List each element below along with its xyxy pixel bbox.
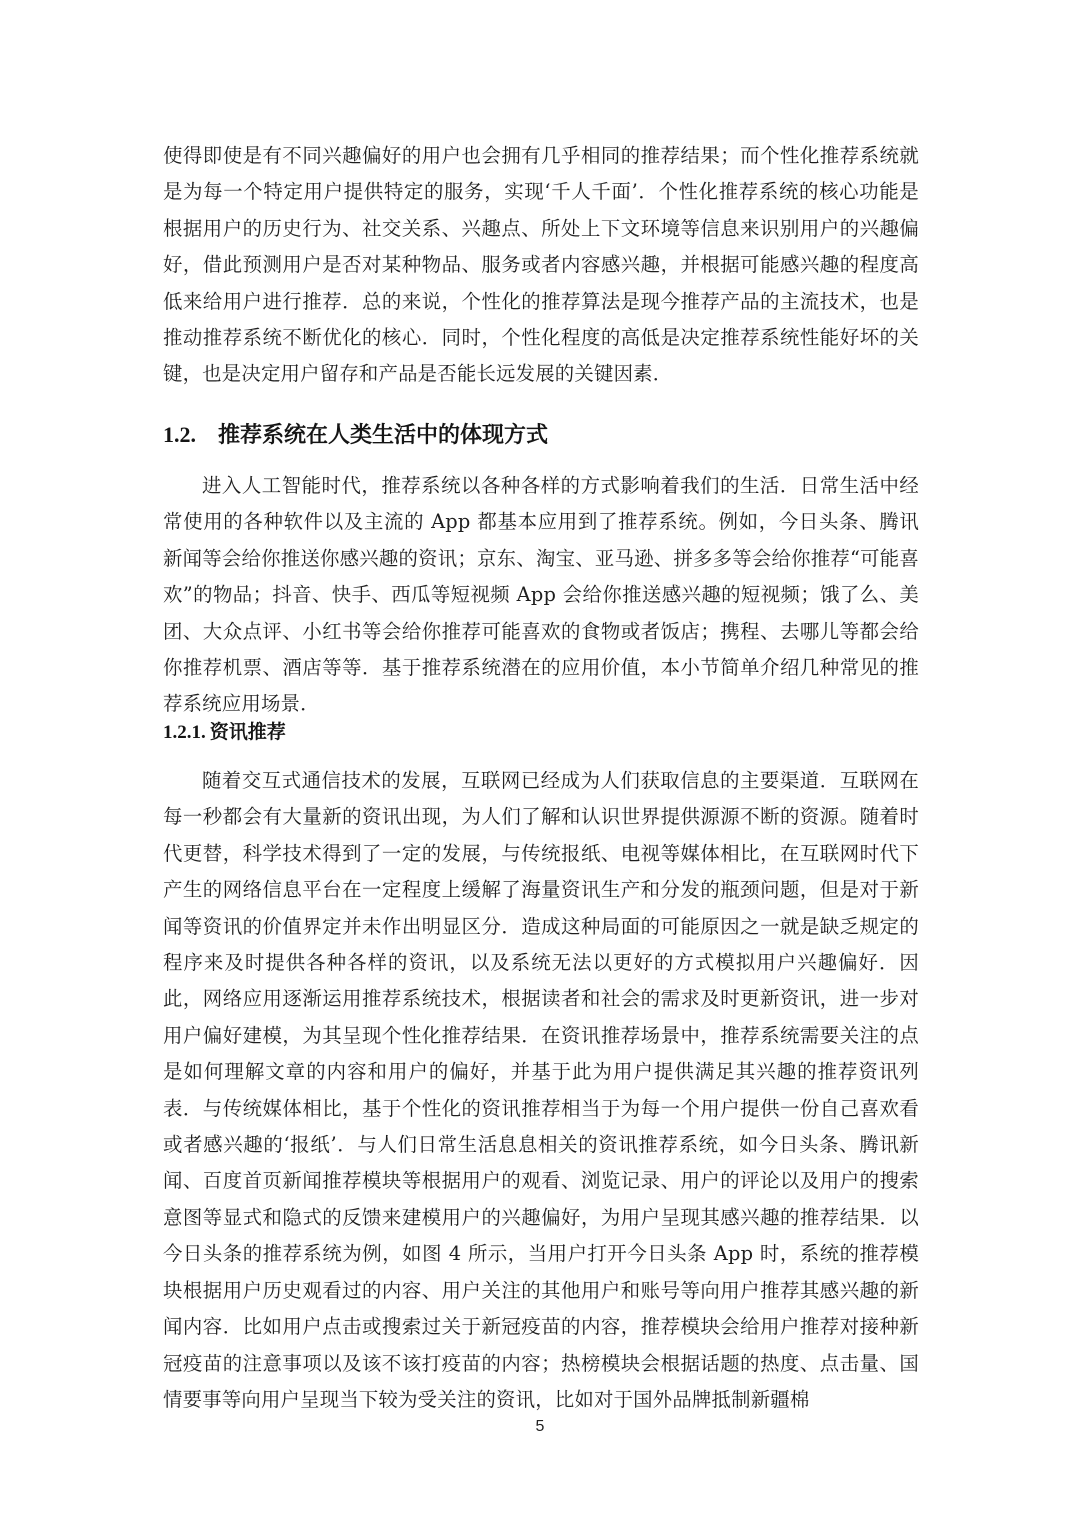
document-page: 使得即使是有不同兴趣偏好的用户也会拥有几乎相同的推荐结果；而个性化推荐系统就是为… [0, 0, 1080, 1527]
section-title: 推荐系统在人类生活中的体现方式 [218, 422, 548, 448]
section-number: 1.2. [163, 417, 218, 453]
subsection-title: 资讯推荐 [210, 721, 286, 743]
section-heading-1-2: 1.2.推荐系统在人类生活中的体现方式 [163, 417, 919, 453]
subsection-number: 1.2.1. [163, 722, 206, 743]
continued-paragraph: 使得即使是有不同兴趣偏好的用户也会拥有几乎相同的推荐结果；而个性化推荐系统就是为… [163, 138, 919, 393]
subsection-heading-1-2-1: 1.2.1.资讯推荐 [163, 714, 919, 751]
section-1-2-paragraph: 进入人工智能时代，推荐系统以各种各样的方式影响着我们的生活．日常生活中经常使用的… [163, 468, 919, 723]
page-number: 5 [0, 1418, 1080, 1436]
section-1-2-1-paragraph: 随着交互式通信技术的发展，互联网已经成为人们获取信息的主要渠道．互联网在每一秒都… [163, 763, 919, 1418]
